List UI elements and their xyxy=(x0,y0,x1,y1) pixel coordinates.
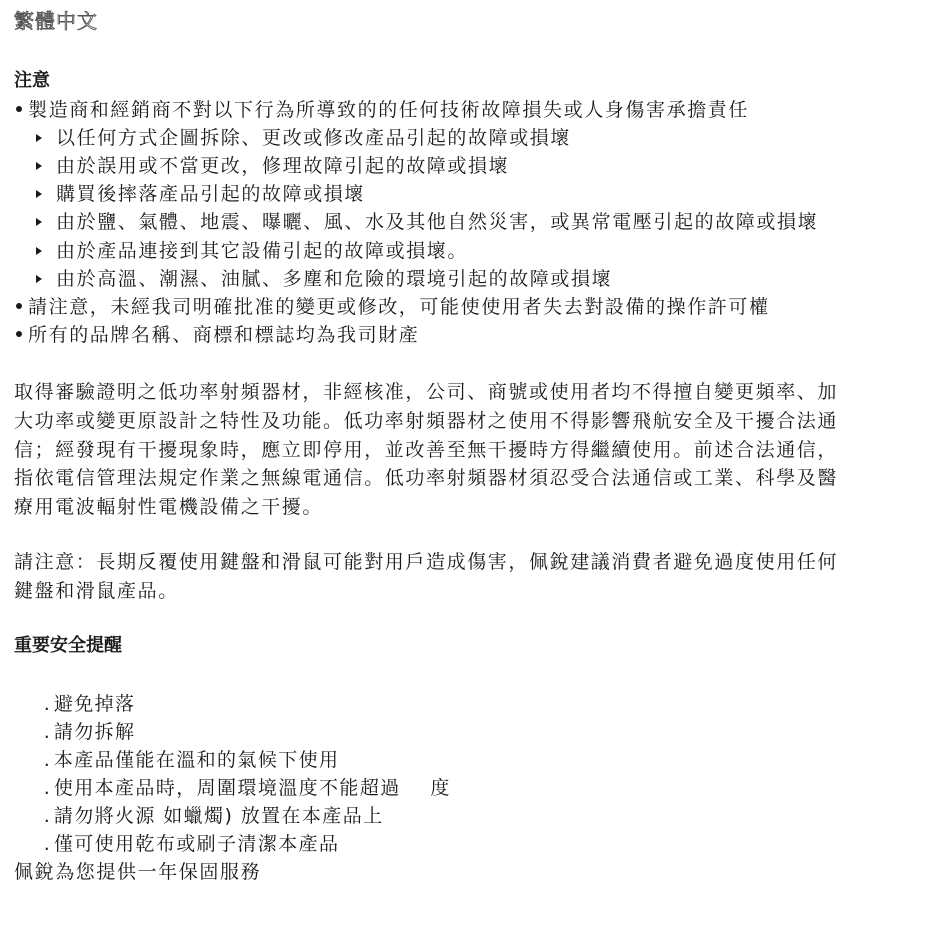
triangle-bullet-icon xyxy=(36,134,42,142)
notice-heading: 注意 xyxy=(14,68,50,94)
bullet-icon xyxy=(16,331,22,337)
triangle-bullet-icon xyxy=(36,218,42,226)
usage-warning-line: 請注意：長期反覆使用鍵盤和滑鼠可能對用戶造成傷害，佩銳建議消費者避免過度使用任何 xyxy=(14,548,838,576)
dot-marker: . xyxy=(44,830,50,858)
notice-bullet: 所有的品牌名稱、商標和標誌均為我司財產 xyxy=(14,321,419,349)
notice-sub-item: 由於誤用或不當更改，修理故障引起的故障或損壞 xyxy=(36,152,509,180)
bullet-icon xyxy=(16,303,22,309)
notice-bullet-text: 請注意，未經我司明確批准的變更或修改，可能使使用者失去對設備的操作許可權 xyxy=(28,296,770,318)
notice-sub-item: 由於高溫、潮濕、油膩、多塵和危險的環境引起的故障或損壞 xyxy=(36,265,612,293)
triangle-bullet-icon xyxy=(36,247,42,255)
notice-sub-item-text: 由於誤用或不當更改，修理故障引起的故障或損壞 xyxy=(56,155,509,177)
rf-paragraph-line: 療用電波輻射性電機設備之干擾。 xyxy=(14,493,323,521)
notice-sub-item-text: 由於產品連接到其它設備引起的故障或損壞。 xyxy=(56,240,468,262)
triangle-bullet-icon xyxy=(36,162,42,170)
notice-sub-item: 以任何方式企圖拆除、更改或修改產品引起的故障或損壞 xyxy=(36,124,571,152)
language-title: 繁體中文 xyxy=(14,8,98,34)
warranty-text: 佩銳為您提供一年保固服務 xyxy=(14,858,261,886)
notice-sub-item: 由於鹽、氣體、地震、曝曬、風、水及其他自然災害，或異常電壓引起的故障或損壞 xyxy=(36,208,818,236)
triangle-bullet-icon xyxy=(36,190,42,198)
notice-sub-item-text: 由於鹽、氣體、地震、曝曬、風、水及其他自然災害，或異常電壓引起的故障或損壞 xyxy=(56,211,818,233)
notice-sub-item: 由於產品連接到其它設備引起的故障或損壞。 xyxy=(36,237,468,265)
rf-paragraph-line: 信；經發現有干擾現象時，應立即停用，並改善至無干擾時方得繼續使用。前述合法通信， xyxy=(14,436,838,464)
rf-paragraph-line: 大功率或變更原設計之特性及功能。低功率射頻器材之使用不得影響飛航安全及干擾合法通 xyxy=(14,407,838,435)
notice-bullet: 製造商和經銷商不對以下行為所導致的的任何技術故障損失或人身傷害承擔責任 xyxy=(14,96,749,124)
triangle-bullet-icon xyxy=(36,275,42,283)
usage-warning-line: 鍵盤和滑鼠產品。 xyxy=(14,577,179,605)
notice-sub-item-text: 以任何方式企圖拆除、更改或修改產品引起的故障或損壞 xyxy=(56,127,571,149)
safety-item-text: 僅可使用乾布或刷子清潔本產品 xyxy=(54,833,340,855)
rf-paragraph-line: 取得審驗證明之低功率射頻器材，非經核准，公司、商號或使用者均不得擅自變更頻率、加 xyxy=(14,378,838,406)
safety-heading: 重要安全提醒 xyxy=(14,633,122,659)
notice-bullet: 請注意，未經我司明確批准的變更或修改，可能使使用者失去對設備的操作許可權 xyxy=(14,293,770,321)
notice-bullet-text: 所有的品牌名稱、商標和標誌均為我司財產 xyxy=(28,324,419,346)
notice-bullet-text: 製造商和經銷商不對以下行為所導致的的任何技術故障損失或人身傷害承擔責任 xyxy=(28,99,749,121)
bullet-icon xyxy=(16,106,22,112)
notice-sub-item: 購買後摔落產品引起的故障或損壞 xyxy=(36,180,365,208)
notice-sub-item-text: 購買後摔落產品引起的故障或損壞 xyxy=(56,183,365,205)
rf-paragraph-line: 指依電信管理法規定作業之無線電通信。低功率射頻器材須忍受合法通信或工業、科學及醫 xyxy=(14,464,838,492)
notice-sub-item-text: 由於高溫、潮濕、油膩、多塵和危險的環境引起的故障或損壞 xyxy=(56,268,612,290)
